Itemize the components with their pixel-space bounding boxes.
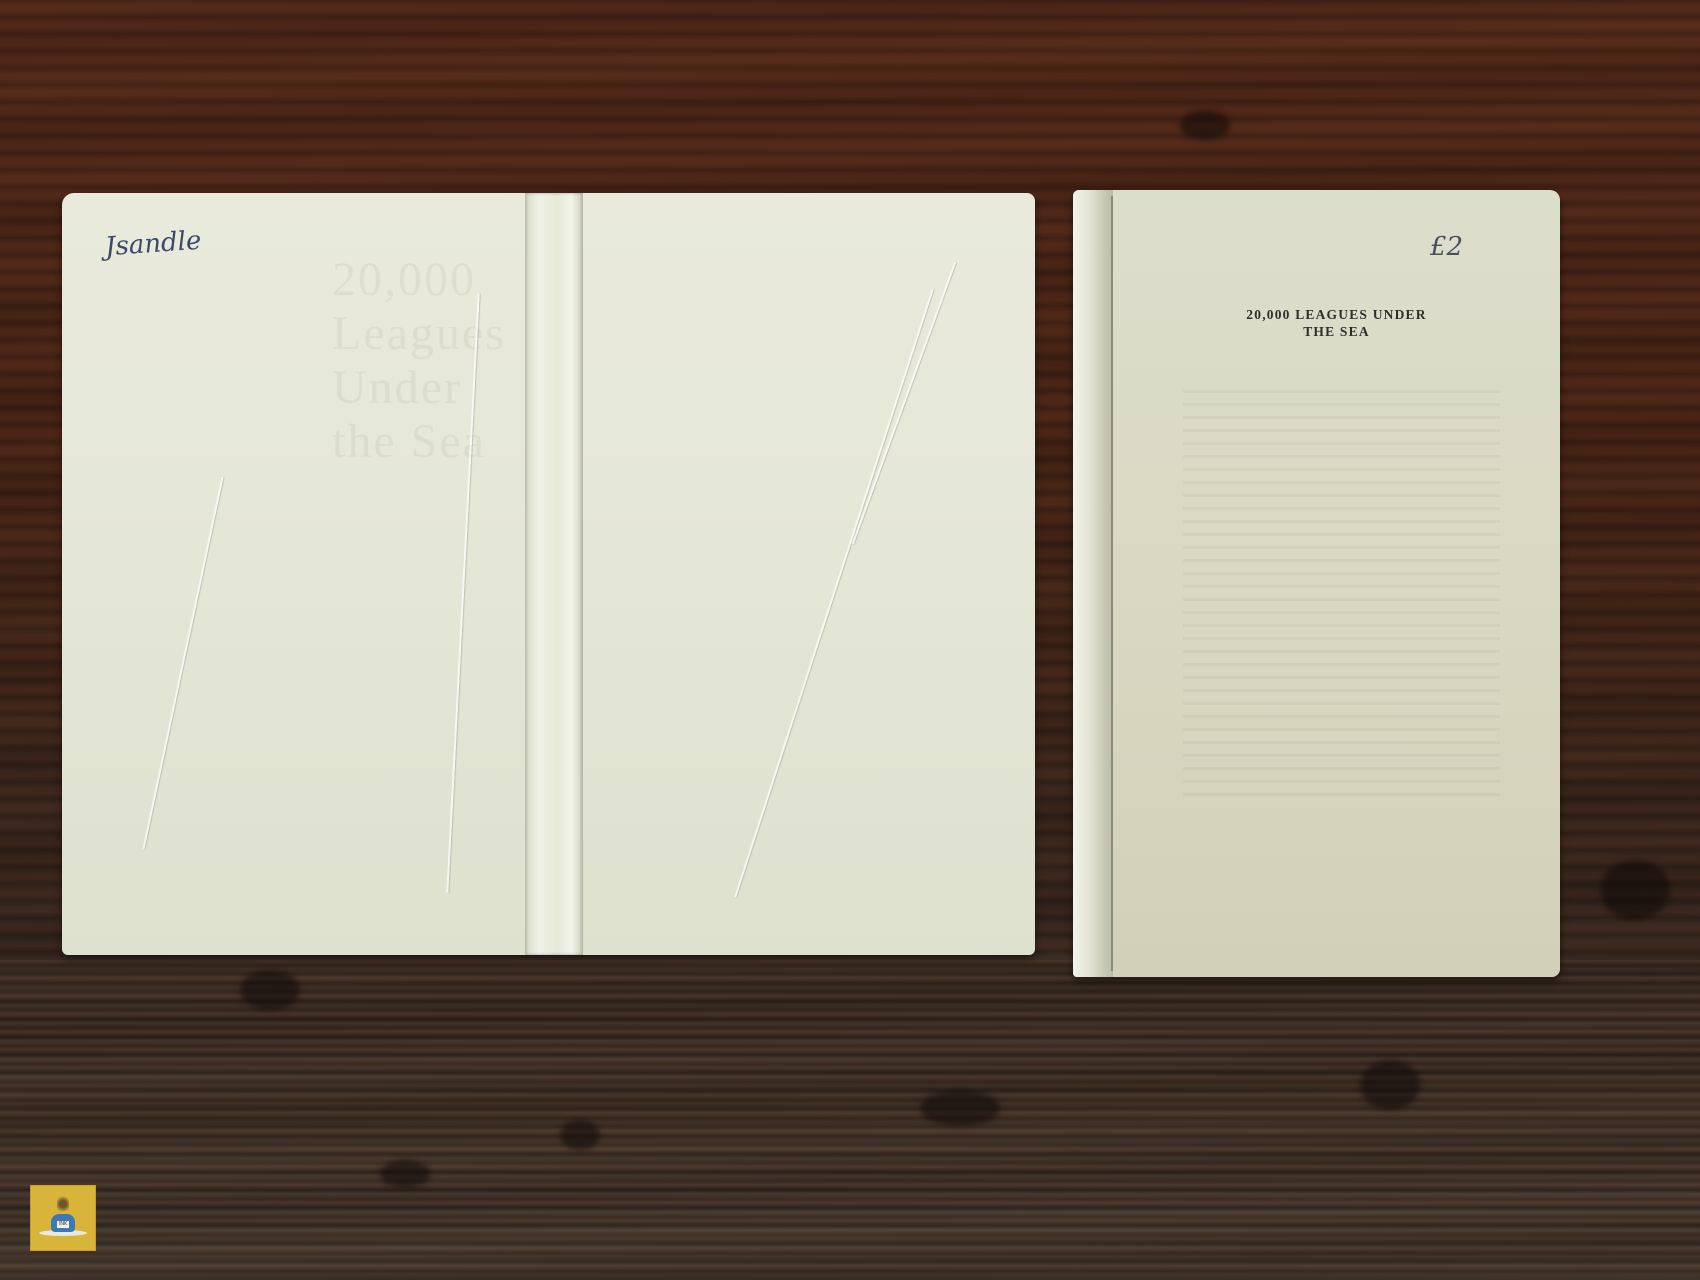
plume-icon — [57, 1194, 69, 1214]
crease-line — [852, 262, 956, 545]
table-wood-grain — [0, 960, 1700, 1280]
wood-stain — [1600, 860, 1670, 920]
crease-line — [143, 477, 224, 849]
watermark-logo: INK — [30, 1185, 96, 1251]
book-title: 20,000 LEAGUES UNDER THE SEA — [1113, 306, 1560, 340]
wood-stain — [560, 1120, 600, 1150]
jacket-spine — [525, 193, 583, 955]
bottle-label: INK — [57, 1221, 69, 1228]
owner-signature: Jsandle — [104, 226, 202, 263]
bleed-through-text — [1183, 390, 1500, 797]
jacket-back-panel: 20,000 Leagues Under the Sea Jsandle — [62, 193, 525, 955]
crease-line — [734, 288, 934, 897]
title-line-1: 20,000 LEAGUES UNDER — [1113, 306, 1560, 323]
book-spine — [1073, 190, 1113, 977]
dust-jacket: 20,000 Leagues Under the Sea Jsandle — [62, 193, 1035, 955]
wood-stain — [1360, 1060, 1420, 1110]
jacket-front-panel — [583, 193, 1035, 955]
paperback-book: £2 20,000 LEAGUES UNDER THE SEA — [1073, 190, 1560, 977]
wood-stain — [920, 1090, 1000, 1126]
wood-stain — [380, 1160, 430, 1188]
title-line-2: THE SEA — [1113, 323, 1560, 340]
wood-stain — [240, 970, 300, 1010]
ghost-title: 20,000 Leagues Under the Sea — [332, 253, 525, 469]
price-mark: £2 — [1430, 232, 1463, 262]
wood-stain — [1180, 110, 1230, 140]
